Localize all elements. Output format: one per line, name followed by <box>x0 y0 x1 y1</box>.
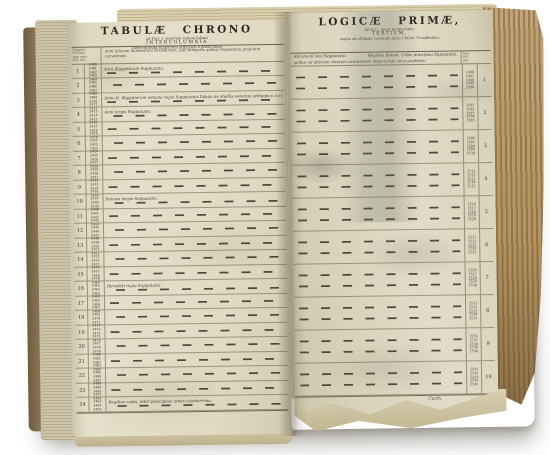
row-number: 14 <box>74 253 87 267</box>
row-content <box>106 381 288 397</box>
row-content <box>294 263 465 297</box>
dash-line <box>296 283 463 288</box>
row-content <box>105 294 287 310</box>
dash-line <box>108 371 286 376</box>
year-list: 2488248924902491 <box>89 383 106 397</box>
row-number: 6 <box>73 137 86 151</box>
dash-line <box>105 183 283 188</box>
row-number: 2 <box>478 97 491 129</box>
dash-line <box>294 184 461 189</box>
row-number: 9 <box>73 180 86 194</box>
dash-line <box>294 139 461 144</box>
dash-line <box>295 217 462 222</box>
dash-line <box>105 125 283 130</box>
row-number: 13 <box>74 238 87 252</box>
year-list: 2492249324942495 <box>89 398 106 412</box>
right-table: Abrahami ista Supputatio. Regibus Romæ, … <box>291 50 496 398</box>
row-number: 12 <box>74 224 87 238</box>
left-top-note: Anni Iulianæ Summarum Periodorum, Iulii … <box>101 45 283 63</box>
row-content: Anni largis Supputatio. <box>102 105 284 121</box>
dash-line <box>294 151 461 156</box>
row-content <box>103 178 285 194</box>
row-number: 6 <box>480 229 493 261</box>
year-list: 25062507250825092510 <box>463 130 479 162</box>
year-list: 2476247724782479 <box>89 340 106 354</box>
row-number: 9 <box>481 328 494 360</box>
row-number: 19 <box>75 325 88 339</box>
row-number: 4 <box>479 163 492 195</box>
open-book: TABULÆ CHRONO ad Part. I. annorum seriem… <box>0 0 550 455</box>
dash-line <box>105 154 283 159</box>
year-list: 2420242124222423 <box>86 137 103 151</box>
row-number: 22 <box>76 369 89 383</box>
dash-line <box>293 73 460 78</box>
year-value: 2535 <box>469 317 477 321</box>
year-list: 2440244124422443 <box>87 209 104 223</box>
year-value: 2500 <box>466 86 474 90</box>
year-list: 25012502250325042505 <box>462 97 478 129</box>
row-number: 10 <box>74 195 87 209</box>
row-content: Solonis largis Supputatio. <box>104 192 286 208</box>
year-value: 2520 <box>468 218 476 222</box>
dash-line <box>106 255 284 260</box>
year-value: 2525 <box>468 251 476 255</box>
row-content: Herodoti regia Supputatio. <box>105 279 287 295</box>
row-content <box>102 76 284 92</box>
right-row-group: 251625172518251925205 <box>293 196 493 232</box>
right-row-group: 251125122513251425154 <box>292 163 492 199</box>
dash-line <box>105 168 283 173</box>
row-content <box>293 197 464 231</box>
row-number: 20 <box>76 340 89 354</box>
row-number: 23 <box>76 383 89 397</box>
year-list: 2460246124622463 <box>88 282 105 296</box>
row-number: 1 <box>72 64 85 78</box>
row-content: Anni Ægyptiorum Supputatio. <box>102 62 284 78</box>
row-content <box>106 366 288 382</box>
year-value: 2515 <box>467 185 475 189</box>
dash-line <box>294 172 461 177</box>
dash-line <box>296 304 463 309</box>
right-row-group: 2541254225432544254510 <box>295 361 495 397</box>
dash-line <box>107 270 285 275</box>
row-content <box>103 149 285 165</box>
dash-line <box>297 337 464 342</box>
row-content: Regibus capta, inter præcipuas urbes cel… <box>106 395 288 411</box>
year-list: 25112512251325142515 <box>463 163 479 195</box>
row-number: 24 <box>76 398 89 412</box>
right-row-group: 253125322533253425358 <box>294 295 494 331</box>
dash-line <box>108 386 286 391</box>
row-content <box>106 352 288 368</box>
row-content <box>292 131 463 165</box>
row-content <box>294 296 465 330</box>
row-number: 18 <box>75 311 88 325</box>
row-number: 1 <box>478 64 491 96</box>
year-list: 2452245324542455 <box>87 253 104 267</box>
row-content <box>295 362 466 396</box>
row-number: 3 <box>479 130 492 162</box>
left-table: Supputa-tio anno-rum anteChr. nat. Anni … <box>71 44 288 414</box>
row-content <box>105 308 287 324</box>
dash-line <box>293 85 460 90</box>
dash-line <box>106 241 284 246</box>
row-content <box>103 163 285 179</box>
row-number: 4 <box>72 108 85 122</box>
row-content: Anno R. Ægyptiorum vetusta regia Supputa… <box>102 91 284 107</box>
right-table-body: 2496249724982499250012501250225032504250… <box>291 64 496 397</box>
row-number: 7 <box>73 151 86 165</box>
dash-line <box>104 81 282 86</box>
year-list: 2464246524662467 <box>88 296 105 310</box>
right-caption-left: Abrahami ista Supputatio. <box>294 53 347 59</box>
row-number: 16 <box>75 282 88 296</box>
year-list: 25412542254325442545 <box>466 361 482 393</box>
row-content <box>294 329 465 363</box>
year-list: 25362537253825392540 <box>465 328 481 360</box>
row-number: 5 <box>73 122 86 136</box>
dash-line <box>107 328 285 333</box>
year-list: 25162517251825192520 <box>464 196 480 228</box>
left-table-body: 12400240124022403Anni Ægyptiorum Supputa… <box>72 62 289 413</box>
row-number: 21 <box>76 354 89 368</box>
right-row-group: 252125222523252425256 <box>293 229 493 265</box>
year-value: 2505 <box>466 119 474 123</box>
dash-line <box>106 226 284 231</box>
year-list: 2416241724182419 <box>86 122 103 136</box>
row-number: 17 <box>75 296 88 310</box>
book-photo: TABULÆ CHRONO ad Part. I. annorum seriem… <box>0 0 550 455</box>
dash-line <box>108 342 286 347</box>
row-number: 2 <box>72 79 85 93</box>
year-list: 2404240524062407 <box>85 79 102 93</box>
year-list: 2436243724382439 <box>87 195 104 209</box>
row-number: 8 <box>73 166 86 180</box>
row-number: 8 <box>481 295 494 327</box>
dash-line <box>295 250 462 255</box>
year-value: 2545 <box>470 383 478 387</box>
year-list: 25212522252325242525 <box>464 229 480 261</box>
year-list: 2432243324342435 <box>86 180 103 194</box>
year-value: 2495 <box>93 408 101 412</box>
row-number: 5 <box>480 196 493 228</box>
year-value: 2510 <box>467 152 475 156</box>
right-row-group: 250125022503250425052 <box>291 97 491 133</box>
row-content <box>105 265 287 281</box>
year-list: 2408240924102411 <box>85 93 102 107</box>
year-list: 2456245724582459 <box>88 267 105 281</box>
row-number: 15 <box>75 267 88 281</box>
year-list: 25262527252825292530 <box>465 262 481 294</box>
year-list: 2424242524262427 <box>86 151 103 165</box>
dash-line <box>295 238 462 243</box>
dash-line <box>296 316 463 321</box>
year-list: 2412241324142415 <box>85 108 102 122</box>
row-number: 3 <box>72 93 85 107</box>
row-content <box>103 134 285 150</box>
row-content <box>104 250 286 266</box>
year-value: 2530 <box>469 284 477 288</box>
year-list: 2428242924302431 <box>86 166 103 180</box>
row-content <box>104 207 286 223</box>
year-list: 2444244524462447 <box>87 224 104 238</box>
dash-line <box>296 271 463 276</box>
dash-line <box>294 118 461 123</box>
row-number: 11 <box>74 209 87 223</box>
left-page: TABULÆ CHRONO ad Part. I. annorum seriem… <box>67 20 292 437</box>
year-list: 2400240124022403 <box>85 64 102 78</box>
right-row-group: 252625272528252925307 <box>294 262 494 298</box>
dash-line <box>106 212 284 217</box>
dash-line <box>107 313 285 318</box>
dash-line <box>293 106 460 111</box>
year-list: 2472247324742475 <box>88 325 105 339</box>
right-row-group: 249624972498249925001 <box>291 64 491 100</box>
year-list: 2480248124822483 <box>89 354 106 368</box>
dash-line <box>295 205 462 210</box>
margin-header-line: Chr. <box>463 59 490 63</box>
dash-line <box>107 299 285 304</box>
dash-line <box>108 357 286 362</box>
dash-line <box>297 370 464 375</box>
dash-line <box>297 382 464 387</box>
right-margin-header: Sup.ann.Chr. <box>461 51 491 64</box>
right-row-group: 250625072508250925103 <box>292 130 492 166</box>
row-content <box>291 65 462 99</box>
row-content <box>104 236 286 252</box>
year-value: 2540 <box>470 350 478 354</box>
year-list: 2448244924502451 <box>87 238 104 252</box>
row-content <box>292 164 463 198</box>
left-row-group: 242492249324942495Regibus capta, inter p… <box>76 395 288 412</box>
year-list: 2484248524862487 <box>89 369 106 383</box>
year-list: 24962497249824992500 <box>462 64 478 96</box>
right-page: LOGICÆ PRIMÆ, futura I. annis promovente… <box>286 10 499 418</box>
row-number: 7 <box>481 262 494 294</box>
row-content <box>291 98 462 132</box>
row-number: 10 <box>482 361 495 393</box>
row-content <box>104 221 286 237</box>
row-content <box>106 337 288 353</box>
dash-line <box>297 349 464 354</box>
row-content <box>293 230 464 264</box>
right-head-left: Abrahami ista Supputatio. Regibus Romæ, … <box>291 51 461 66</box>
right-page-header: LOGICÆ PRIMÆ, futura I. annis promovente… <box>286 10 493 43</box>
year-list: 25312532253325342535 <box>465 295 481 327</box>
dash-line <box>105 139 283 144</box>
row-content <box>103 120 285 136</box>
right-row-group: 253625372538253925409 <box>294 328 494 364</box>
left-margin-header: Supputa-tio anno-rum anteChr. nat. <box>71 47 101 63</box>
row-content <box>105 323 287 339</box>
year-list: 2468246924702471 <box>88 311 105 325</box>
catchword: Carth. <box>428 397 442 402</box>
